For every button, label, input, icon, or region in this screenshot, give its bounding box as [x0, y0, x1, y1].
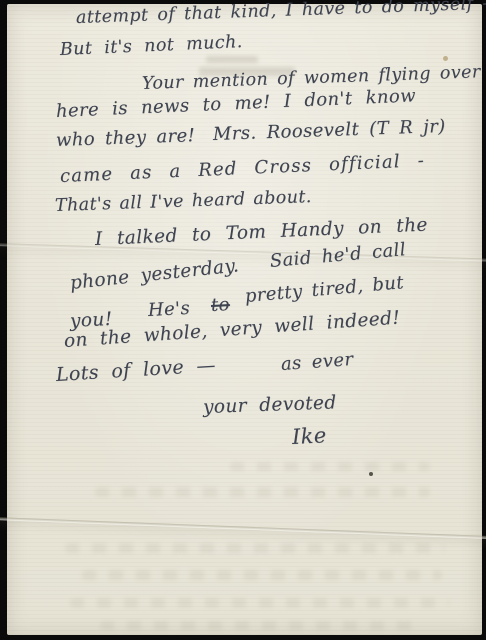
- stain-dot-lower-middle: [369, 472, 373, 476]
- show-through-band: [95, 487, 430, 497]
- show-through-band: [70, 598, 450, 608]
- stain-dot-upper-right: [443, 56, 448, 61]
- show-through-band: [230, 462, 430, 471]
- letter-line-10c-struck-word: to: [210, 294, 230, 317]
- signature-ike: Ike: [291, 422, 327, 450]
- show-through-band: [82, 570, 442, 580]
- scan-frame: attempt of that kind, I have to do mysel…: [0, 0, 486, 640]
- show-through-band: [65, 543, 445, 553]
- show-through-band: [100, 621, 420, 630]
- letter-line-13: your devoted: [203, 391, 337, 419]
- show-through-letterhead: [206, 56, 258, 63]
- letter-line-10b: He's: [147, 298, 190, 323]
